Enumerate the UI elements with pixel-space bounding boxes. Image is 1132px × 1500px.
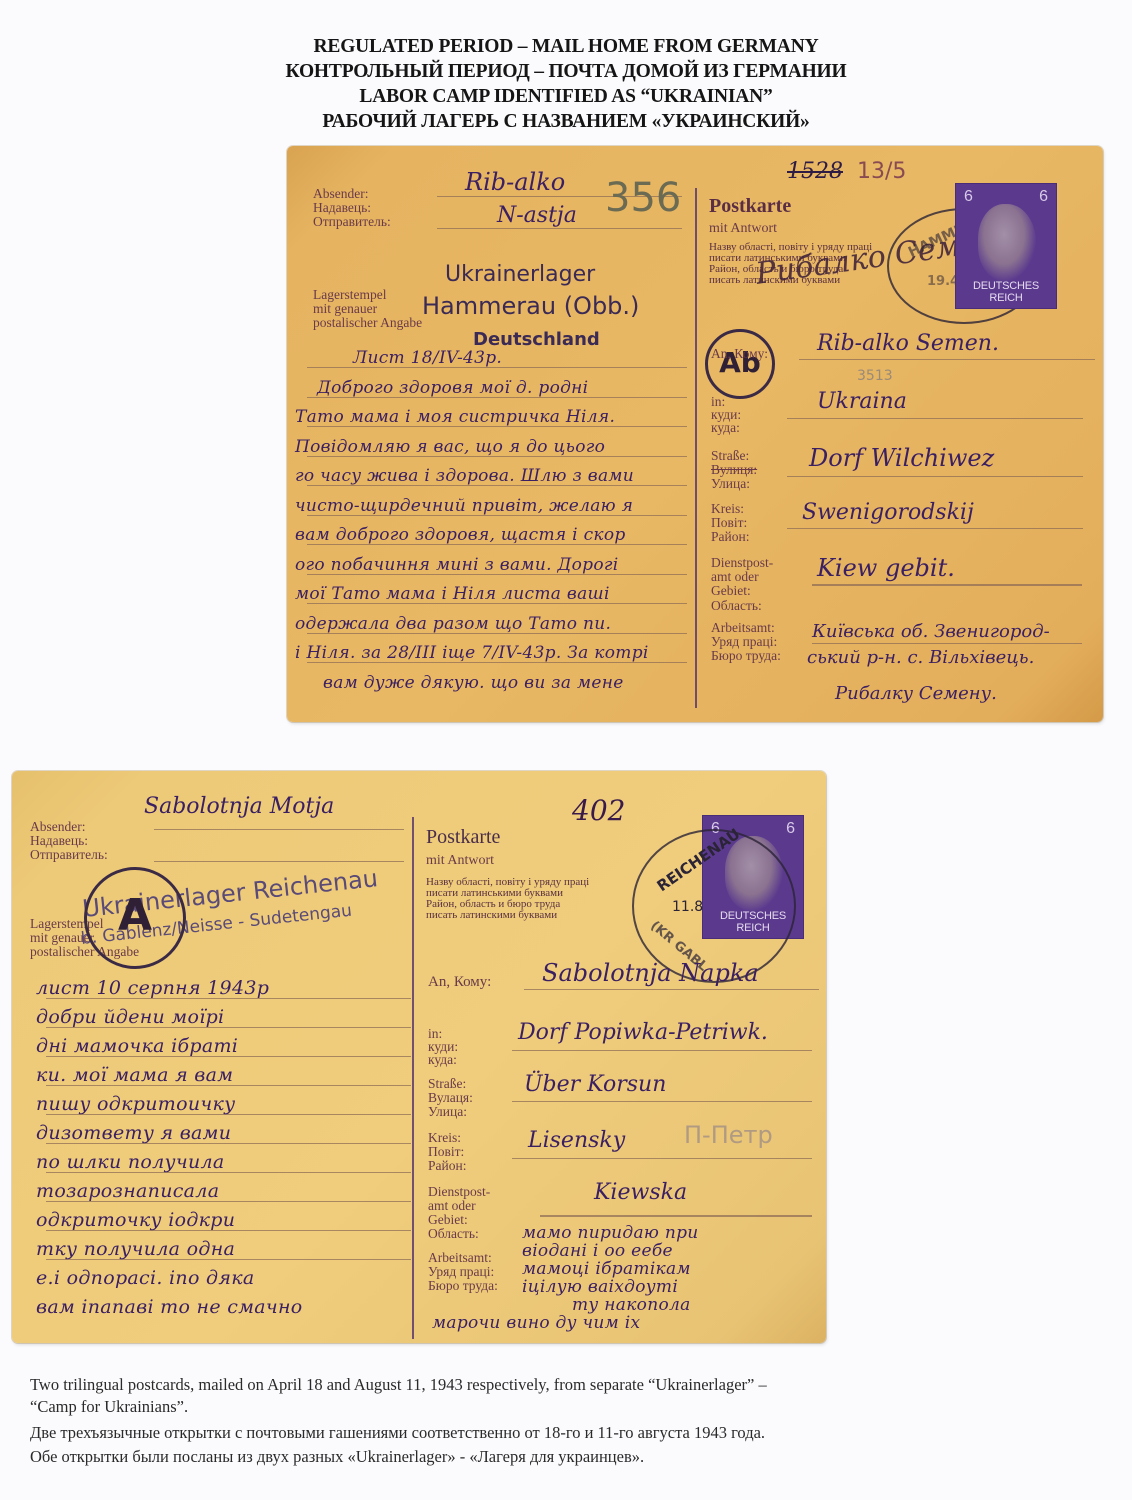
letter-line: по шлки получила xyxy=(36,1150,225,1174)
arbeit-label-uk: Уряд праці: xyxy=(428,1265,494,1278)
arbeit-label-ru: Бюро труда: xyxy=(428,1279,498,1292)
letter-line: марочи вино ду чим іх xyxy=(432,1311,640,1335)
letter-line: одкриточку іодкри xyxy=(36,1208,235,1232)
postkarte-subtitle: mit Antwort xyxy=(709,222,777,235)
pencil-number-2: 13/5 xyxy=(857,160,906,184)
recipient-district: Swenigorodskij xyxy=(802,501,974,525)
letter-line: Лист 18/IV-43р. xyxy=(353,346,502,370)
recipient-cyrillic-line-1: Київська об. Звенигород- xyxy=(812,620,1050,644)
gebiet-label-2: amt oder xyxy=(428,1199,476,1212)
postkarte-subtitle: mit Antwort xyxy=(426,854,494,867)
camp-label-3: postalischer Angabe xyxy=(313,316,422,329)
instruction-line-3: Район, область и бюро труда xyxy=(426,899,560,910)
crossed-number: 1528 xyxy=(787,160,843,184)
sender-surname: Rib-alko xyxy=(465,170,565,194)
heading-line-4: РАБОЧИЙ ЛАГЕРЬ С НАЗВАНИЕМ «УКРАИНСКИЙ» xyxy=(0,109,1132,134)
caption-ru-line-2: Обе открытки были посланы из двух разных… xyxy=(30,1446,644,1468)
letter-line: лист 10 серпня 1943р xyxy=(36,976,269,1000)
sender-label-de: Absender: xyxy=(313,187,368,200)
caption-en-line-2: “Camp for Ukrainians”. xyxy=(30,1396,188,1418)
sender-label-de: Absender: xyxy=(30,820,85,833)
handwritten-number: 402 xyxy=(572,799,625,823)
gebiet-label-1: Dienstpost- xyxy=(711,556,773,569)
gebiet-label-3: Gebiet: xyxy=(711,584,751,597)
kreis-label-ru: Район: xyxy=(428,1159,466,1172)
kreis-label-uk: Повіт: xyxy=(711,516,747,529)
sender-label-ru: Отправитель: xyxy=(313,215,391,228)
letter-line: е.і одпорасі. іпо дяка xyxy=(36,1266,255,1290)
instruction-line-1: Назву області, повіту і уряду праці xyxy=(426,877,589,888)
letter-line: дизответу я вами xyxy=(36,1121,231,1145)
letter-line: і Ніля. за 28/III іще 7/IV-43р. За котрі xyxy=(295,641,649,665)
recipient-region: Kiew gebit. xyxy=(817,556,955,580)
postkarte-title: Postkarte xyxy=(709,200,791,213)
stamp-value-right: 6 xyxy=(786,820,795,838)
postmark-date: 11.8 xyxy=(672,899,703,915)
gebiet-label-1: Dienstpost- xyxy=(428,1185,490,1198)
letter-line: вам дуже дякую. що ви за мене xyxy=(323,671,624,695)
street-label-ru: Улица: xyxy=(428,1105,467,1118)
censor-mark: Ab xyxy=(705,329,775,399)
letter-line: мої Тато мама і Ніля листа вашi xyxy=(295,582,610,606)
card-divider xyxy=(412,817,414,1339)
letter-line: ки. мої мама я вам xyxy=(36,1063,233,1087)
street-label-uk: Вулаця: xyxy=(428,1091,473,1104)
letter-line: чисто-щирдечний привіт, желаю я xyxy=(295,494,633,518)
letter-line: пишу одкритоичку xyxy=(36,1092,235,1116)
letter-line: добри йдени моїрі xyxy=(36,1005,224,1029)
recipient-name: Rib-alko Semen. xyxy=(817,332,999,356)
kreis-label-ru: Район: xyxy=(711,530,749,543)
arbeit-label-uk: Уряд праці: xyxy=(711,635,777,648)
recipient-village: Dorf Popiwka-Petriwk. xyxy=(518,1021,768,1045)
stamp-value-right: 6 xyxy=(1039,188,1048,206)
recipient-cyrillic-line-3: Рибалку Семену. xyxy=(835,682,997,706)
letter-line: дні мамочка ібраті xyxy=(36,1034,238,1058)
gebiet-label-4: Область: xyxy=(428,1227,479,1240)
letter-line: Тато мама і моя систричка Ніля. xyxy=(295,405,615,429)
postcard-reichenau: Absender: Надавець: Отправитель: Sabolot… xyxy=(12,771,826,1343)
pencil-ref: 3513 xyxy=(857,364,893,388)
sender-label-ru: Отправитель: xyxy=(30,848,108,861)
kreis-label-de: Kreis: xyxy=(711,502,744,515)
exhibit-heading: REGULATED PERIOD – MAIL HOME FROM GERMAN… xyxy=(0,34,1132,134)
letter-line: вам доброго здоровя, щастя і скор xyxy=(295,523,626,547)
stamp-value-left: 6 xyxy=(964,188,973,206)
heading-line-2: КОНТРОЛЬНЫЙ ПЕРИОД – ПОЧТА ДОМОЙ ИЗ ГЕРМ… xyxy=(0,59,1132,84)
recipient-district: Lisensky xyxy=(528,1129,625,1153)
in-label-ru: куда: xyxy=(428,1053,457,1066)
censor-mark: A xyxy=(84,867,186,969)
camp-label-1: Lagerstempel xyxy=(313,288,386,301)
recipient-region: Kiewska xyxy=(594,1181,687,1205)
letter-line: тозарознаписала xyxy=(36,1179,219,1203)
street-label-de: Straße: xyxy=(428,1077,466,1090)
recipient-country: Ukraina xyxy=(817,390,907,414)
caption-ru-line-1: Две трехъязычные открытки с почтовыми га… xyxy=(30,1422,765,1444)
censor-mark-text: A xyxy=(87,890,183,941)
pencil-number: 356 xyxy=(605,186,681,210)
gebiet-label-2: amt oder xyxy=(711,570,759,583)
sender-label-uk: Надавець: xyxy=(30,834,88,847)
gebiet-label-3: Gebiet: xyxy=(428,1213,468,1226)
in-label-ru: куда: xyxy=(711,421,740,434)
instruction-line-4: писать латинскими буквами xyxy=(426,910,557,921)
arbeit-label-de: Arbeitsamt: xyxy=(711,621,775,634)
card-divider xyxy=(695,188,697,708)
sender-label-uk: Надавець: xyxy=(313,201,371,214)
sender-first-name: N-astja xyxy=(497,204,577,228)
recipient-cyrillic-line-2: ський р-н. с. Вільхівець. xyxy=(807,646,1034,670)
to-label: An, Кому: xyxy=(711,347,768,360)
street-label-ru: Улица: xyxy=(711,477,750,490)
recipient-village: Dorf Wilchiwez xyxy=(809,446,994,470)
stamp-text: DEUTSCHES REICH xyxy=(956,280,1056,304)
camp-stamp-line-2: Hammerau (Obb.) xyxy=(422,292,639,320)
letter-line: одержала два разом що Тато пи. xyxy=(295,612,611,636)
caption-en-line-1: Two trilingual postcards, mailed on Apri… xyxy=(30,1374,767,1396)
postage-stamp: 6 6 DEUTSCHES REICH xyxy=(955,183,1057,309)
letter-line: Повідомляю я вас, що я до цього xyxy=(295,435,605,459)
to-label: An, Кому: xyxy=(428,976,491,989)
arbeit-label-de: Arbeitsamt: xyxy=(428,1251,492,1264)
heading-line-1: REGULATED PERIOD – MAIL HOME FROM GERMAN… xyxy=(0,34,1132,59)
kreis-label-de: Kreis: xyxy=(428,1131,461,1144)
pencil-note: П-Петр xyxy=(684,1123,773,1147)
camp-stamp-line-1: Ukrainerlager xyxy=(445,262,595,287)
letter-line: вам іпапаві то не смачно xyxy=(36,1295,303,1319)
heading-line-3: LABOR CAMP IDENTIFIED AS “UKRAINIAN” xyxy=(0,84,1132,109)
recipient-route: Über Korsun xyxy=(524,1073,666,1097)
postkarte-title: Postkarte xyxy=(426,831,500,844)
arbeit-label-ru: Бюро труда: xyxy=(711,649,781,662)
postcard-hammerau: Absender: Надавець: Отправитель: Rib-alk… xyxy=(287,146,1103,722)
recipient-name: Sabolotnja Napka xyxy=(542,961,759,985)
gebiet-label-4: Область: xyxy=(711,599,762,612)
letter-line: ого побачиння мині з вами. Дорогі xyxy=(295,553,618,577)
letter-line: го часу жива і здорова. Шлю з вами xyxy=(295,464,634,488)
sender-name: Sabolotnja Motja xyxy=(144,795,334,819)
instruction-line-2: писати латинськими буквами xyxy=(426,888,563,899)
letter-line: Доброго здоровя мої д. родні xyxy=(317,376,588,400)
letter-line: тку получила одна xyxy=(36,1237,235,1261)
camp-label-2: mit genauer xyxy=(313,302,377,315)
kreis-label-uk: Повіт: xyxy=(428,1145,464,1158)
street-label-de: Straße: xyxy=(711,449,749,462)
street-label-uk: Вулиця: xyxy=(711,463,757,476)
stamp-portrait-icon xyxy=(978,204,1036,281)
